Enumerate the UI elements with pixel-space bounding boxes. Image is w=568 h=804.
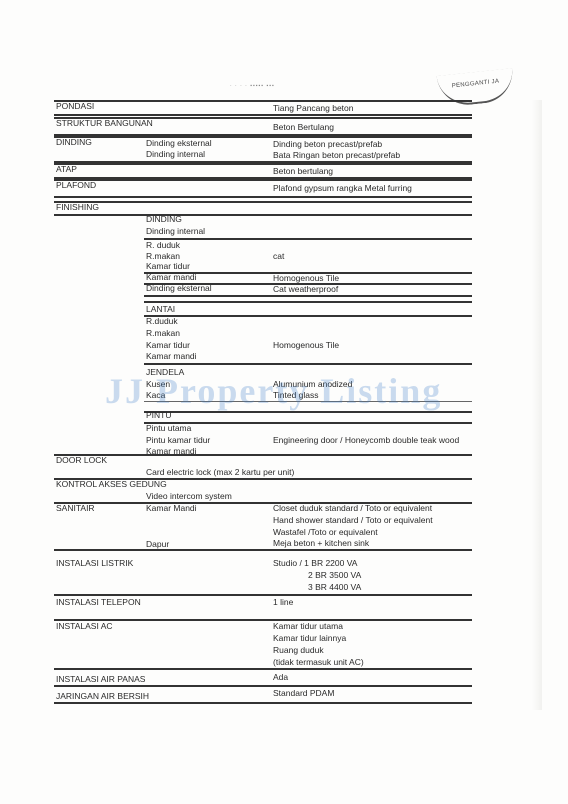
row-value: Wastafel /Toto or equivalent [273, 527, 378, 538]
rule [54, 214, 472, 216]
rule [144, 295, 472, 297]
row-label: JARINGAN AIR BERSIH [56, 691, 149, 702]
row-value: Hand shower standard / Toto or equivalen… [273, 515, 433, 526]
row-sub: Kamar Mandi [146, 503, 197, 514]
room: Kamar tidur [146, 261, 190, 272]
row-value: Homogenous Tile [273, 340, 339, 351]
rule [54, 702, 472, 704]
row-label: INSTALASI LISTRIK [56, 558, 133, 569]
row-value: Plafond gypsum rangka Metal furring [273, 183, 412, 194]
row-value: Tiang Pancang beton [273, 103, 354, 114]
row-label: PLAFOND [56, 180, 96, 191]
room: Kamar tidur [146, 340, 190, 351]
finishing-sub-heading: Dinding internal [146, 226, 205, 237]
row-value: 2 BR 3500 VA [308, 570, 361, 581]
finishing-dinding-heading: DINDING [146, 214, 182, 225]
row-value: Card electric lock (max 2 kartu per unit… [146, 467, 294, 478]
row-value: Bata Ringan beton precast/prefab [273, 150, 400, 161]
row-label: STRUKTUR BANGUNAN [56, 118, 153, 129]
rule [54, 549, 472, 551]
row-value: (tidak termasuk unit AC) [273, 657, 364, 668]
row-value: 1 line [273, 597, 293, 608]
room: Pintu kamar tidur [146, 435, 210, 446]
finishing-lantai-heading: LANTAI [146, 304, 175, 315]
rule [54, 454, 472, 456]
rule [144, 422, 472, 424]
row-value: Engineering door / Honeycomb double teak… [273, 435, 459, 446]
row-label: KONTROL AKSES GEDUNG [56, 479, 167, 490]
rule [144, 363, 472, 365]
row-sub: Dinding eksternal [146, 138, 212, 149]
row-value: Cat weatherproof [273, 284, 338, 295]
row-label: SANITAIR [56, 503, 95, 514]
rule [54, 201, 472, 203]
row-value: Dinding beton precast/prefab [273, 139, 382, 150]
row-value: Beton bertulang [273, 166, 333, 177]
watermark: JJ Property Listing [105, 370, 442, 412]
row-label: ATAP [56, 164, 77, 175]
rule [54, 114, 472, 116]
row-sub: Dinding internal [146, 149, 205, 160]
stamp-seal: PENGGANTI JA [437, 68, 516, 108]
room: Kamar mandi [146, 272, 197, 283]
row-value: Standard PDAM [273, 688, 334, 699]
rule [54, 100, 472, 102]
row-label: DOOR LOCK [56, 455, 107, 466]
row-label: INSTALASI AIR PANAS [56, 674, 145, 685]
row-label: PONDASI [56, 101, 94, 112]
row-value: Kamar tidur lainnya [273, 633, 346, 644]
row-value: Video intercom system [146, 491, 232, 502]
row-value: Kamar tidur utama [273, 621, 343, 632]
room: Kamar mandi [146, 351, 197, 362]
rule [54, 594, 472, 596]
room: R. duduk [146, 240, 180, 251]
room: R.duduk [146, 316, 178, 327]
rule [54, 179, 472, 181]
row-value: 3 BR 4400 VA [308, 582, 361, 593]
row-value: Ruang duduk [273, 645, 324, 656]
row-value: Ada [273, 672, 288, 683]
row-label: DINDING [56, 137, 92, 148]
room: R.makan [146, 328, 180, 339]
row-label: INSTALASI AC [56, 621, 113, 632]
spec-document: · · · · ▪▪▪▪▪ ▪▪▪ PENGGANTI JA PONDASI T… [0, 0, 568, 804]
row-value: Studio / 1 BR 2200 VA [273, 558, 357, 569]
rule [144, 238, 472, 240]
scan-shadow [532, 100, 542, 710]
row-value: Closet duduk standard / Toto or equivale… [273, 503, 432, 514]
rule [54, 196, 472, 198]
row-value: Beton Bertulang [273, 122, 334, 133]
rule [144, 315, 472, 317]
room: Pintu utama [146, 423, 191, 434]
rule [54, 685, 472, 687]
rule [144, 301, 472, 303]
row-value: Meja beton + kitchen sink [273, 538, 369, 549]
row-value: cat [273, 251, 284, 262]
rule [54, 668, 472, 670]
row-label: FINISHING [56, 202, 99, 213]
rule [54, 163, 472, 165]
header-faint-text: · · · · ▪▪▪▪▪ ▪▪▪ [230, 83, 275, 89]
rule [54, 619, 472, 621]
row-label: INSTALASI TELEPON [56, 597, 141, 608]
rule [54, 136, 472, 138]
room: Dinding eksternal [146, 283, 212, 294]
